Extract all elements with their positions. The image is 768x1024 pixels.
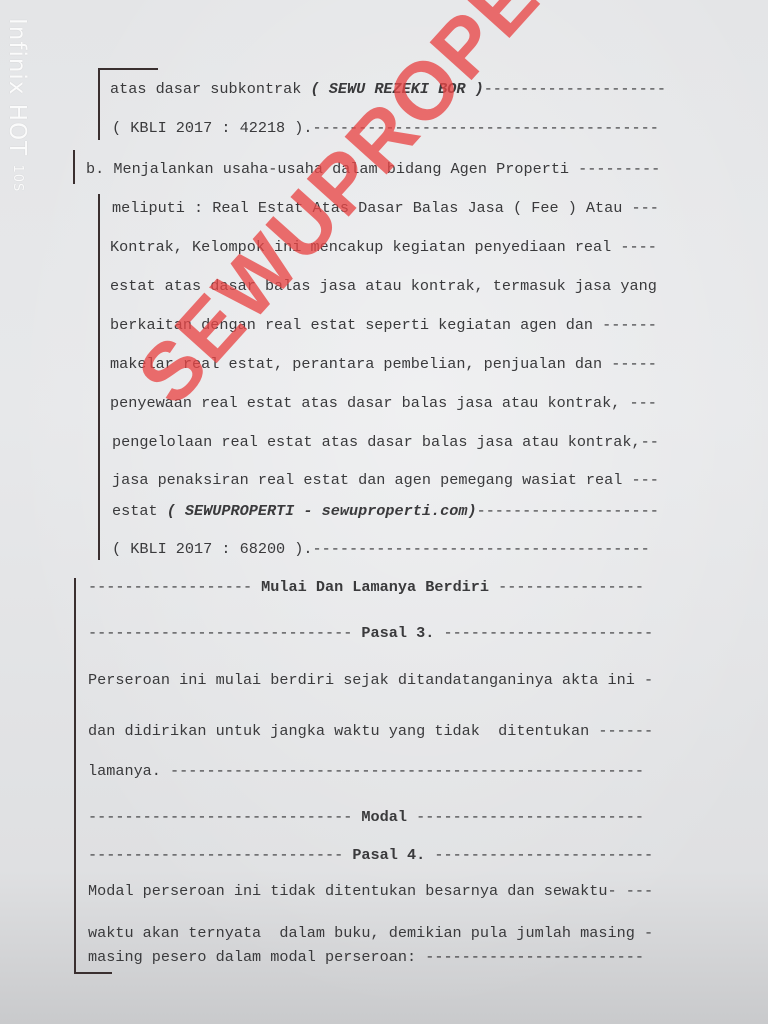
line-text: Perseroan ini mulai berdiri sejak ditand…	[88, 671, 653, 689]
margin-bracket-top	[98, 68, 158, 70]
document-line: estat atas dasar balas jasa atau kontrak…	[110, 277, 657, 295]
document-line: ------------------ Mulai Dan Lamanya Ber…	[88, 578, 644, 596]
line-text: ----------------------------	[88, 846, 352, 864]
document-line: estat ( SEWUPROPERTI - sewuproperti.com)…	[112, 502, 659, 520]
camera-model: 10S	[10, 165, 25, 193]
document-line: b. Menjalankan usaha-usaha dalam bidang …	[86, 160, 660, 178]
line-text: masing pesero dalam modal perseroan: ---…	[88, 948, 644, 966]
camera-watermark: Infinix HOT 10S	[4, 18, 30, 192]
line-text: estat atas dasar balas jasa atau kontrak…	[110, 277, 657, 295]
document-line: waktu akan ternyata dalam buku, demikian…	[88, 924, 653, 942]
line-text: atas dasar subkontrak	[110, 80, 311, 98]
margin-bracket-b	[73, 150, 75, 184]
line-text: pengelolaan real estat atas dasar balas …	[112, 433, 659, 451]
document-line: lamanya. -------------------------------…	[88, 762, 644, 780]
document-line: ----------------------------- Modal ----…	[88, 808, 644, 826]
emphasized-text: Mulai Dan Lamanya Berdiri	[261, 578, 489, 596]
camera-brand: Infinix HOT	[4, 18, 30, 156]
document-line: ---------------------------- Pasal 4. --…	[88, 846, 653, 864]
document-line: dan didirikan untuk jangka waktu yang ti…	[88, 722, 653, 740]
document-line: atas dasar subkontrak ( SEWU REZEKI BOR …	[110, 80, 666, 98]
document-line: masing pesero dalam modal perseroan: ---…	[88, 948, 644, 966]
document-line: ( KBLI 2017 : 42218 ).------------------…	[112, 119, 659, 137]
line-text: --------------------	[477, 502, 659, 520]
line-text: lamanya. -------------------------------…	[88, 762, 644, 780]
line-text: makelar real estat, perantara pembelian,…	[110, 355, 657, 373]
emphasized-text: ( SEWUPROPERTI - sewuproperti.com)	[167, 502, 477, 520]
line-text: dan didirikan untuk jangka waktu yang ti…	[88, 722, 653, 740]
line-text: ( KBLI 2017 : 68200 ).------------------…	[112, 540, 650, 558]
line-text: -------------------------	[407, 808, 644, 826]
emphasized-text: Modal	[361, 808, 407, 826]
line-text: ( KBLI 2017 : 42218 ).------------------…	[112, 119, 659, 137]
line-text: ----------------	[489, 578, 644, 596]
margin-bracket-top-vertical	[98, 68, 100, 140]
emphasized-text: Pasal 4.	[352, 846, 425, 864]
margin-bracket-bottom	[74, 972, 112, 974]
document-line: pengelolaan real estat atas dasar balas …	[112, 433, 659, 451]
line-text: jasa penaksiran real estat dan agen peme…	[112, 471, 659, 489]
line-text: Kontrak, Kelompok ini mencakup kegiatan …	[110, 238, 657, 256]
emphasized-text: ( SEWU REZEKI BOR )	[311, 80, 484, 98]
emphasized-text: Pasal 3.	[361, 624, 434, 642]
document-line: Modal perseroan ini tidak ditentukan bes…	[88, 882, 653, 900]
line-text: meliputi : Real Estat Atas Dasar Balas J…	[112, 199, 659, 217]
margin-bracket-middle	[98, 194, 100, 560]
line-text: berkaitan dengan real estat seperti kegi…	[110, 316, 657, 334]
line-text: waktu akan ternyata dalam buku, demikian…	[88, 924, 653, 942]
line-text: -----------------------	[434, 624, 653, 642]
document-line: makelar real estat, perantara pembelian,…	[110, 355, 657, 373]
document-line: Perseroan ini mulai berdiri sejak ditand…	[88, 671, 653, 689]
document-line: jasa penaksiran real estat dan agen peme…	[112, 471, 659, 489]
document-line: Kontrak, Kelompok ini mencakup kegiatan …	[110, 238, 657, 256]
document-line: meliputi : Real Estat Atas Dasar Balas J…	[112, 199, 659, 217]
line-text: ------------------	[88, 578, 261, 596]
line-text: estat	[112, 502, 167, 520]
line-text: b. Menjalankan usaha-usaha dalam bidang …	[86, 160, 660, 178]
document-line: ----------------------------- Pasal 3. -…	[88, 624, 653, 642]
line-text: --------------------	[484, 80, 666, 98]
margin-bracket-bottom-vertical	[74, 578, 76, 974]
line-text: penyewaan real estat atas dasar balas ja…	[110, 394, 657, 412]
line-text: -----------------------------	[88, 808, 361, 826]
line-text: ------------------------	[425, 846, 653, 864]
document-page: Infinix HOT 10S atas dasar subkontrak ( …	[0, 0, 768, 1024]
document-line: penyewaan real estat atas dasar balas ja…	[110, 394, 657, 412]
line-text: -----------------------------	[88, 624, 361, 642]
line-text: Modal perseroan ini tidak ditentukan bes…	[88, 882, 653, 900]
document-line: ( KBLI 2017 : 68200 ).------------------…	[112, 540, 650, 558]
document-line: berkaitan dengan real estat seperti kegi…	[110, 316, 657, 334]
